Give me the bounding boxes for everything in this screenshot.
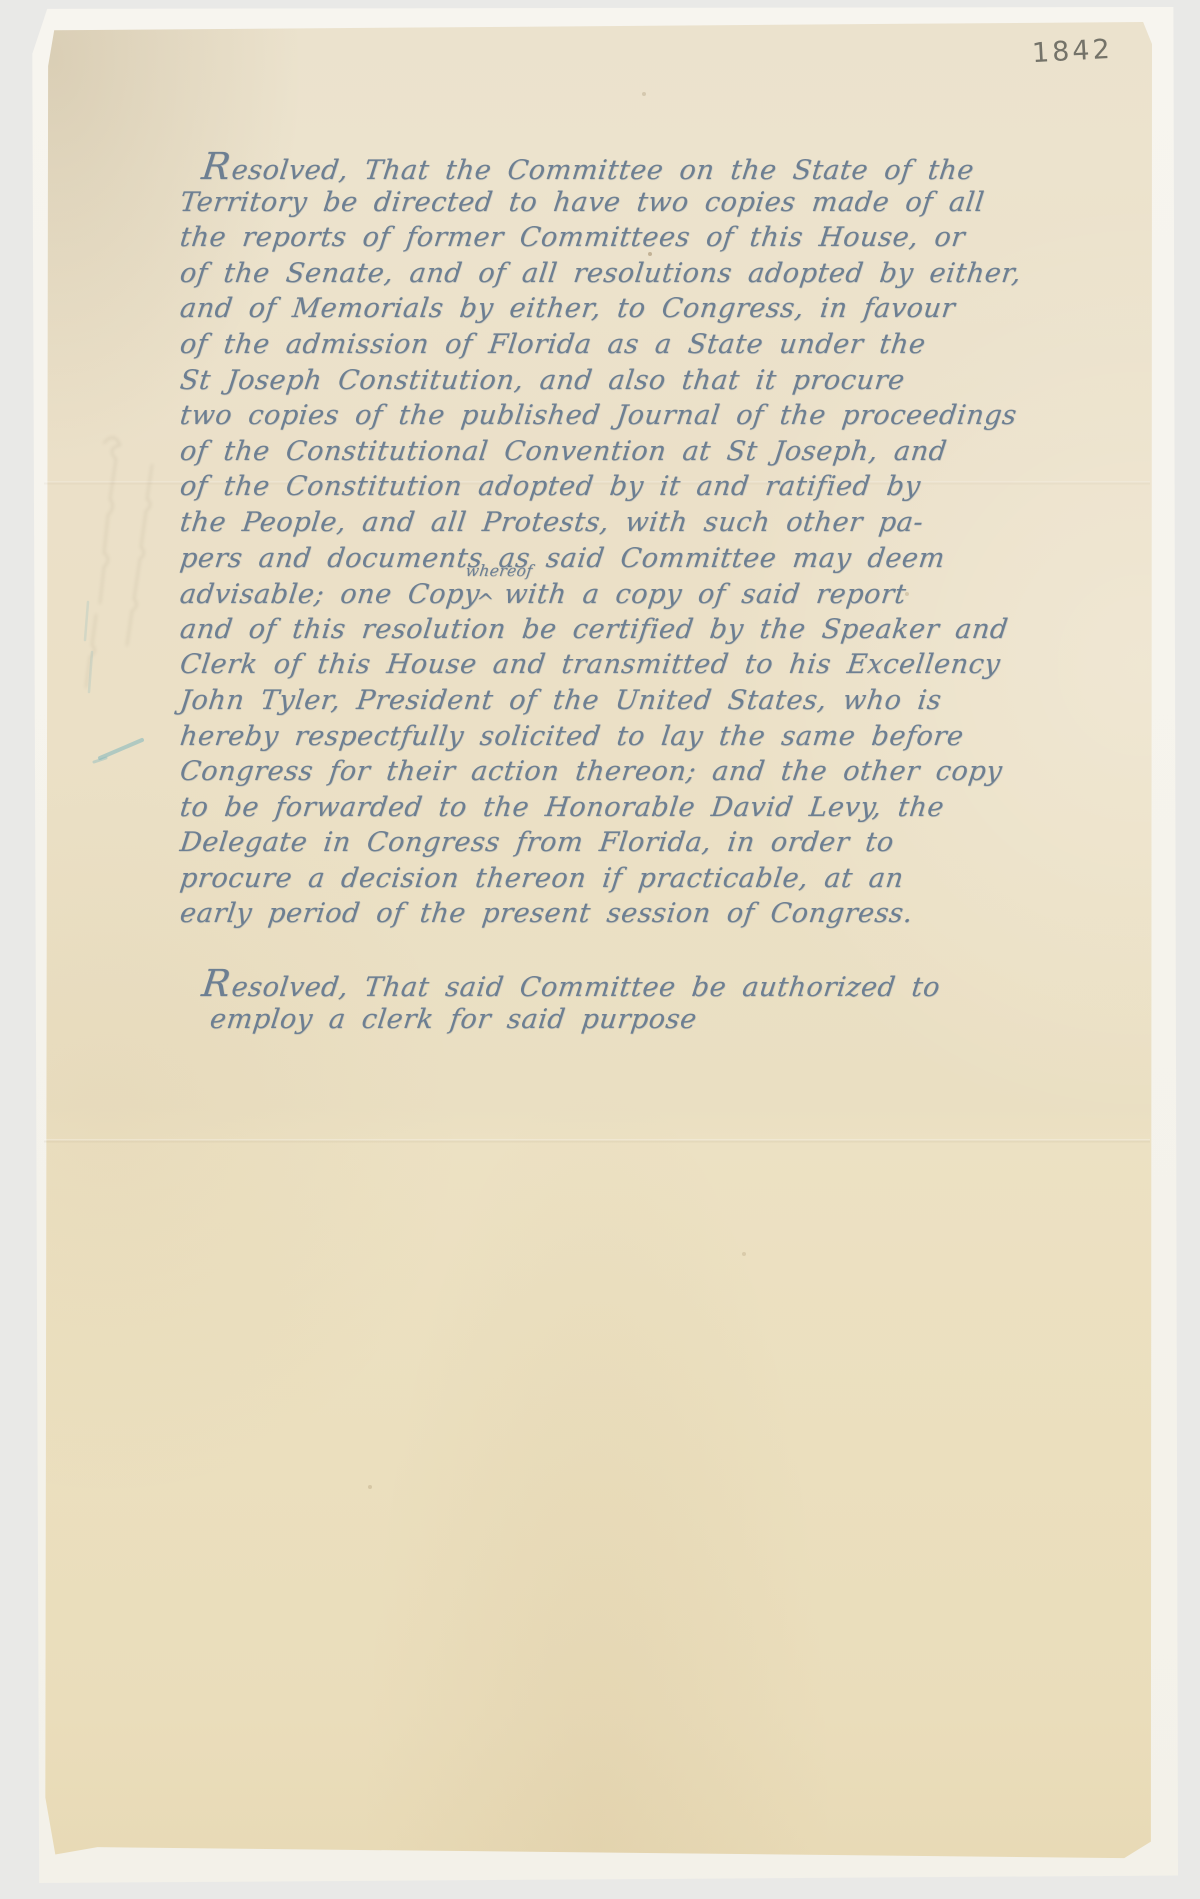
paper-speck [742, 1252, 746, 1256]
manuscript-line: of the Constitutional Convention at St J… [178, 434, 982, 470]
manuscript-line: hereby respectfully solicited to lay the… [178, 719, 982, 755]
year-annotation: 1842 [1031, 34, 1113, 69]
insertion-pre-text: advisable; one Copy [178, 579, 482, 610]
paper-speck [642, 92, 646, 96]
manuscript-line: Territory be directed to have two copies… [178, 185, 982, 221]
manuscript-line: the reports of former Committees of this… [178, 220, 982, 256]
manuscript-line: of the Constitution adopted by it and ra… [178, 469, 982, 505]
insertion-post-text: with a copy of said report [502, 579, 908, 610]
manuscript-line: Resolved, That the Committee on the Stat… [178, 149, 982, 185]
manuscript-paragraph-1: Resolved, That the Committee on the Stat… [178, 149, 978, 932]
manuscript-line: early period of the present session of C… [178, 896, 982, 932]
manuscript-line: to be forwarded to the Honorable David L… [178, 790, 982, 826]
manuscript-line: the People, and all Protests, with such … [178, 505, 982, 541]
manuscript-line: Delegate in Congress from Florida, in or… [178, 825, 982, 861]
manuscript-line: two copies of the published Journal of t… [178, 398, 982, 434]
manuscript-line: of the Senate, and of all resolutions ad… [178, 256, 982, 292]
manuscript-line-with-insertion: advisable; one Copywhereof^with a copy o… [178, 576, 982, 612]
manuscript-line: John Tyler, President of the United Stat… [178, 683, 982, 719]
manuscript-line: Resolved, That said Committee be authori… [178, 966, 982, 1002]
manuscript-line: of the admission of Florida as a State u… [178, 327, 982, 363]
interlinear-insertion: whereof^ [479, 576, 507, 603]
blue-pencil-marks [78, 590, 158, 775]
manuscript-paragraph-2: Resolved, That said Committee be authori… [178, 966, 978, 1037]
manuscript-line: Clerk of this House and transmitted to h… [178, 647, 982, 683]
manuscript-line: Congress for their action thereon; and t… [178, 754, 982, 790]
manuscript-line: employ a clerk for said purpose [178, 1002, 982, 1038]
manuscript-line: St Joseph Constitution, and also that it… [178, 363, 982, 399]
manuscript-line: and of this resolution be certified by t… [178, 612, 982, 648]
scanned-document-background: 1842 Resolved, That the Committee on the… [0, 0, 1200, 1899]
paper-speck [368, 1485, 372, 1489]
manuscript-line: pers and documents as said Committee may… [178, 541, 982, 577]
fold-crease [44, 1139, 1150, 1143]
manuscript-line: procure a decision thereon if practicabl… [178, 861, 982, 897]
manuscript-line: and of Memorials by either, to Congress,… [178, 291, 982, 327]
inserted-word: whereof [463, 553, 534, 589]
